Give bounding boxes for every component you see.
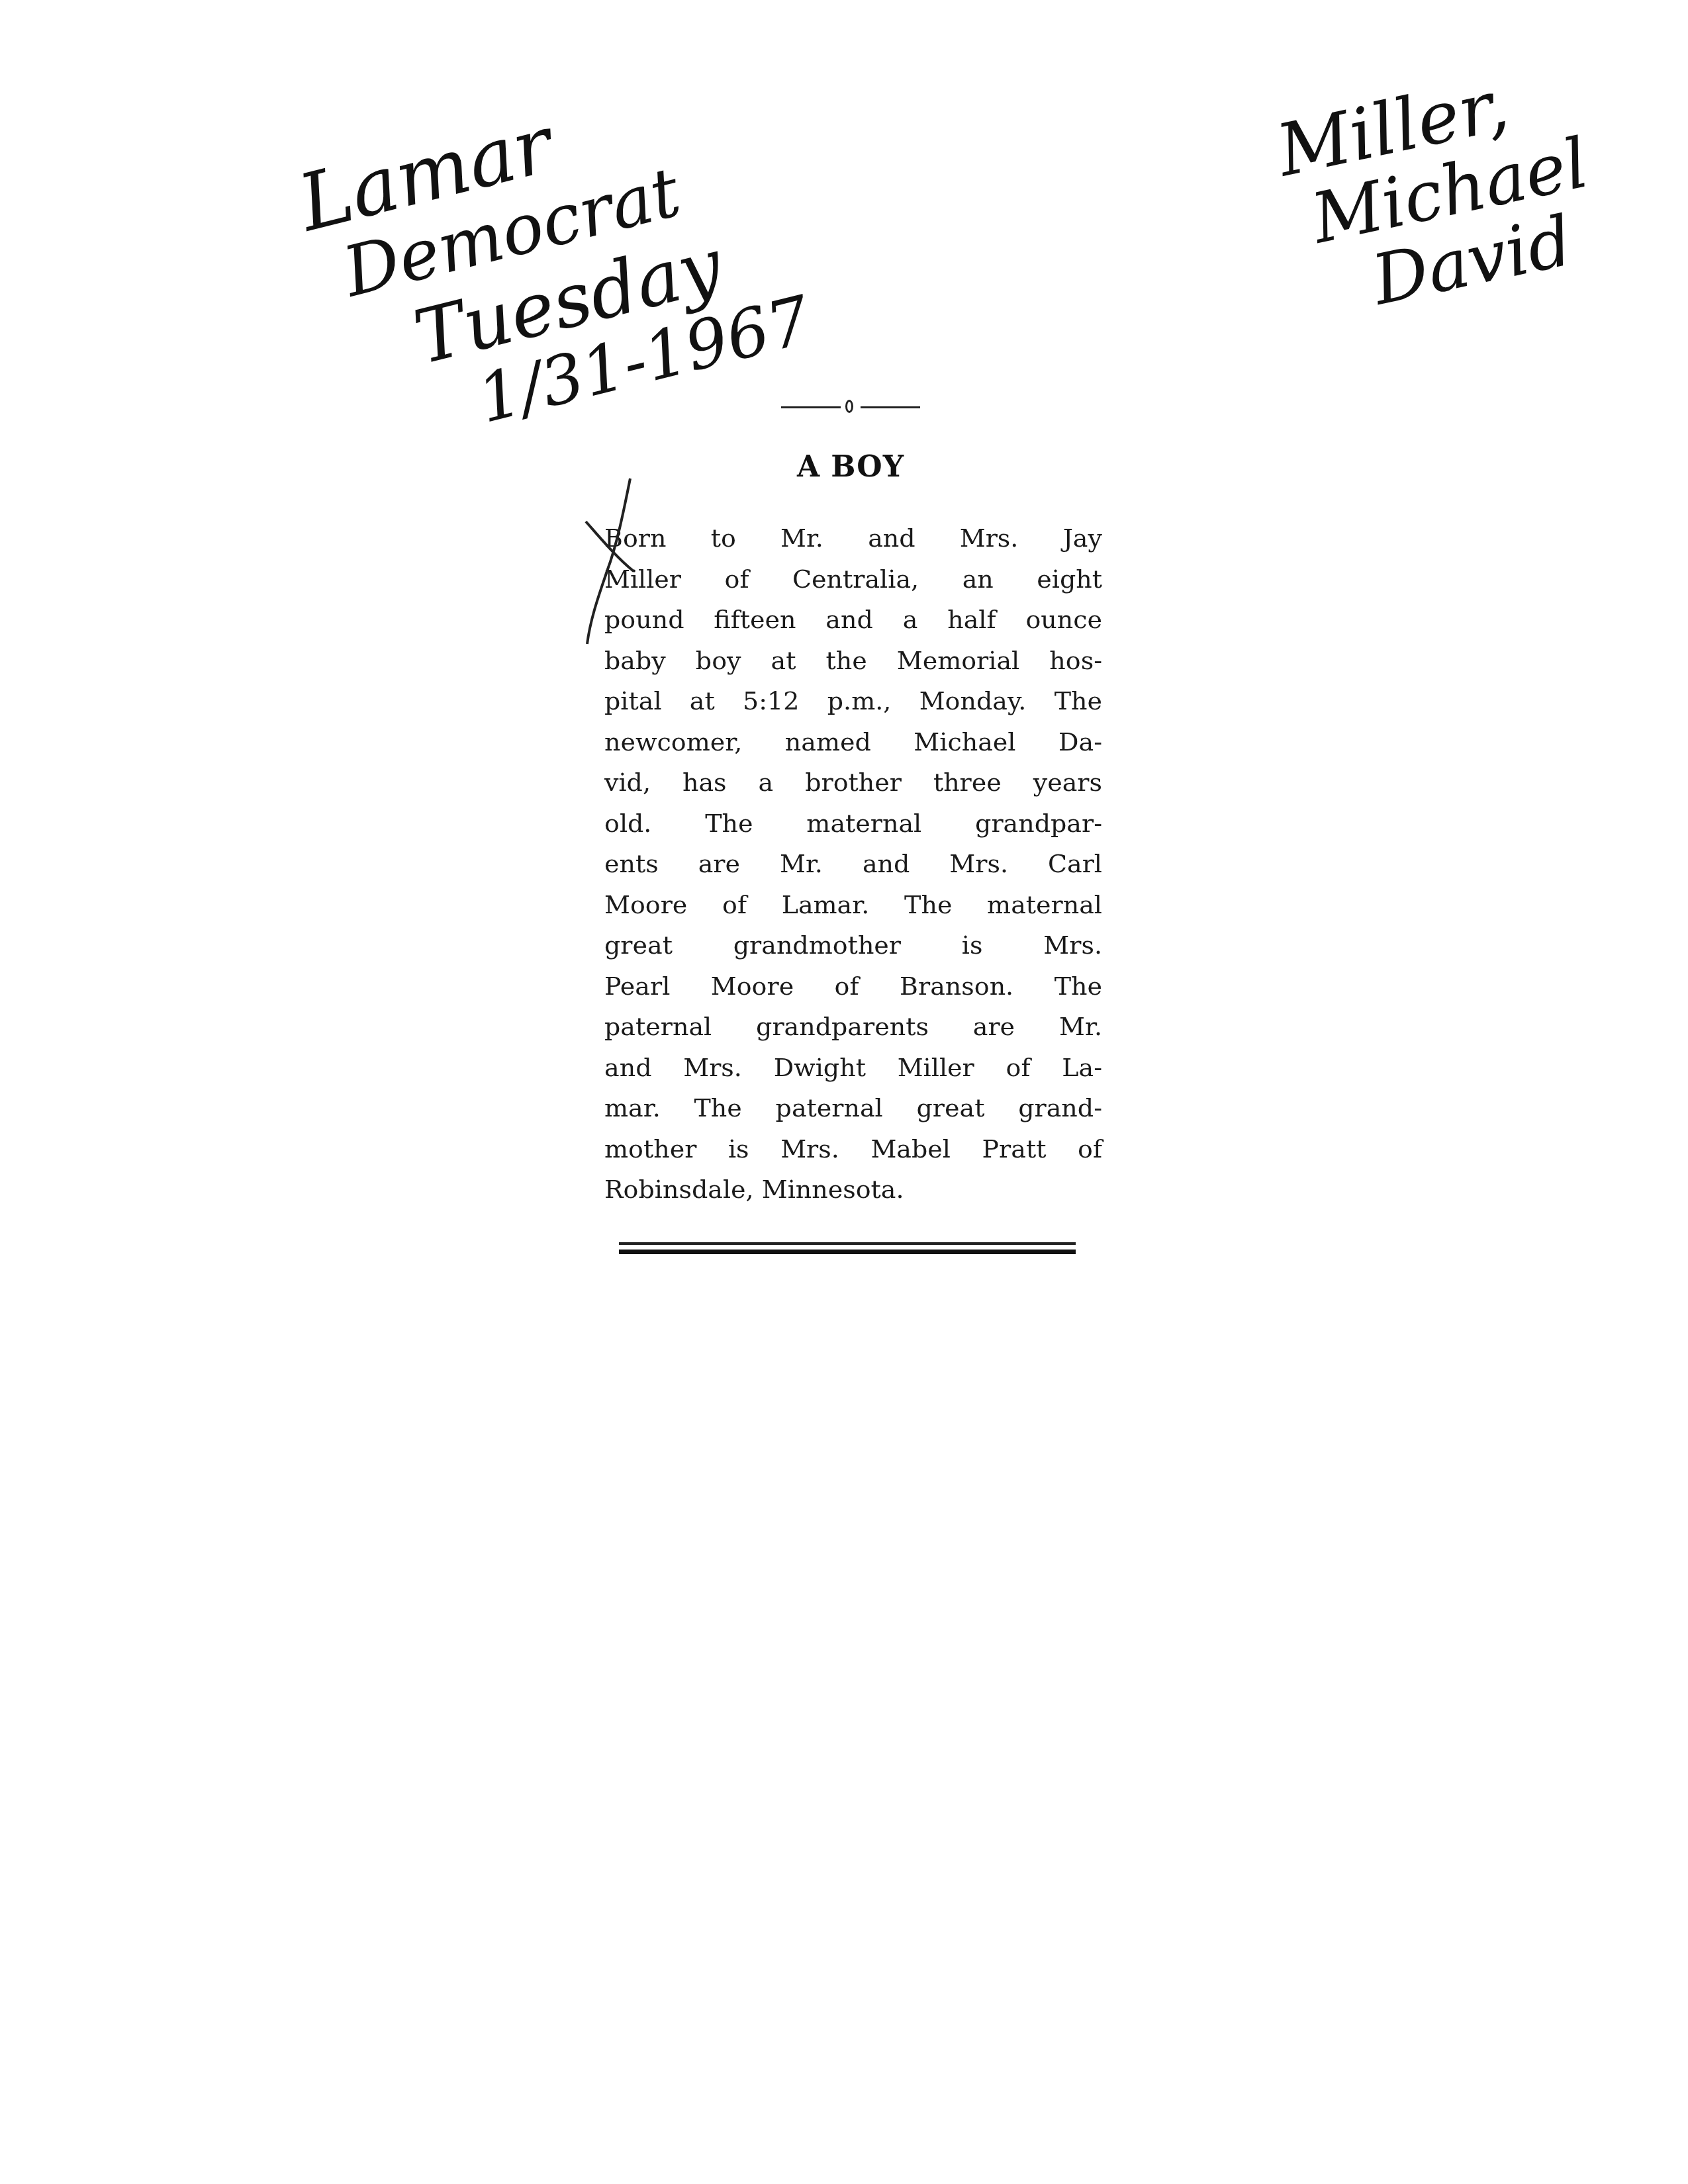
body-line: baby boy at the Memorial hos- bbox=[604, 641, 1102, 682]
body-line: Pearl Moore of Branson. The bbox=[604, 966, 1102, 1007]
clipping-body: Born to Mr. and Mrs. Jay Miller of Centr… bbox=[599, 518, 1102, 1210]
body-line: and Mrs. Dwight Miller of La- bbox=[604, 1048, 1102, 1089]
body-line: pound fifteen and a half ounce bbox=[604, 600, 1102, 641]
body-line: mother is Mrs. Mabel Pratt of bbox=[604, 1129, 1102, 1170]
body-line: newcomer, named Michael Da- bbox=[604, 722, 1102, 763]
body-line: paternal grandparents are Mr. bbox=[604, 1007, 1102, 1048]
newspaper-clipping: A BOY Born to Mr. and Mrs. Jay Miller of… bbox=[599, 397, 1102, 1254]
bottom-double-rule bbox=[599, 1242, 1102, 1254]
body-line: Robinsdale, Minnesota. bbox=[604, 1169, 1102, 1210]
body-line: pital at 5:12 p.m., Monday. The bbox=[604, 681, 1102, 722]
handwritten-x-mark-icon bbox=[581, 472, 653, 651]
clipping-headline: A BOY bbox=[599, 450, 1102, 484]
body-line: old. The maternal grandpar- bbox=[604, 803, 1102, 844]
body-line: vid, has a brother three years bbox=[604, 762, 1102, 803]
body-line: ents are Mr. and Mrs. Carl bbox=[604, 844, 1102, 885]
body-line: Moore of Lamar. The maternal bbox=[604, 885, 1102, 926]
body-line: Miller of Centralia, an eight bbox=[604, 559, 1102, 600]
ornament-divider-icon bbox=[781, 397, 920, 417]
body-line: mar. The paternal great grand- bbox=[604, 1088, 1102, 1129]
body-line: Born to Mr. and Mrs. Jay bbox=[604, 518, 1102, 559]
handwritten-name-note: Miller, Michael David bbox=[1271, 54, 1609, 330]
body-line: great grandmother is Mrs. bbox=[604, 925, 1102, 966]
